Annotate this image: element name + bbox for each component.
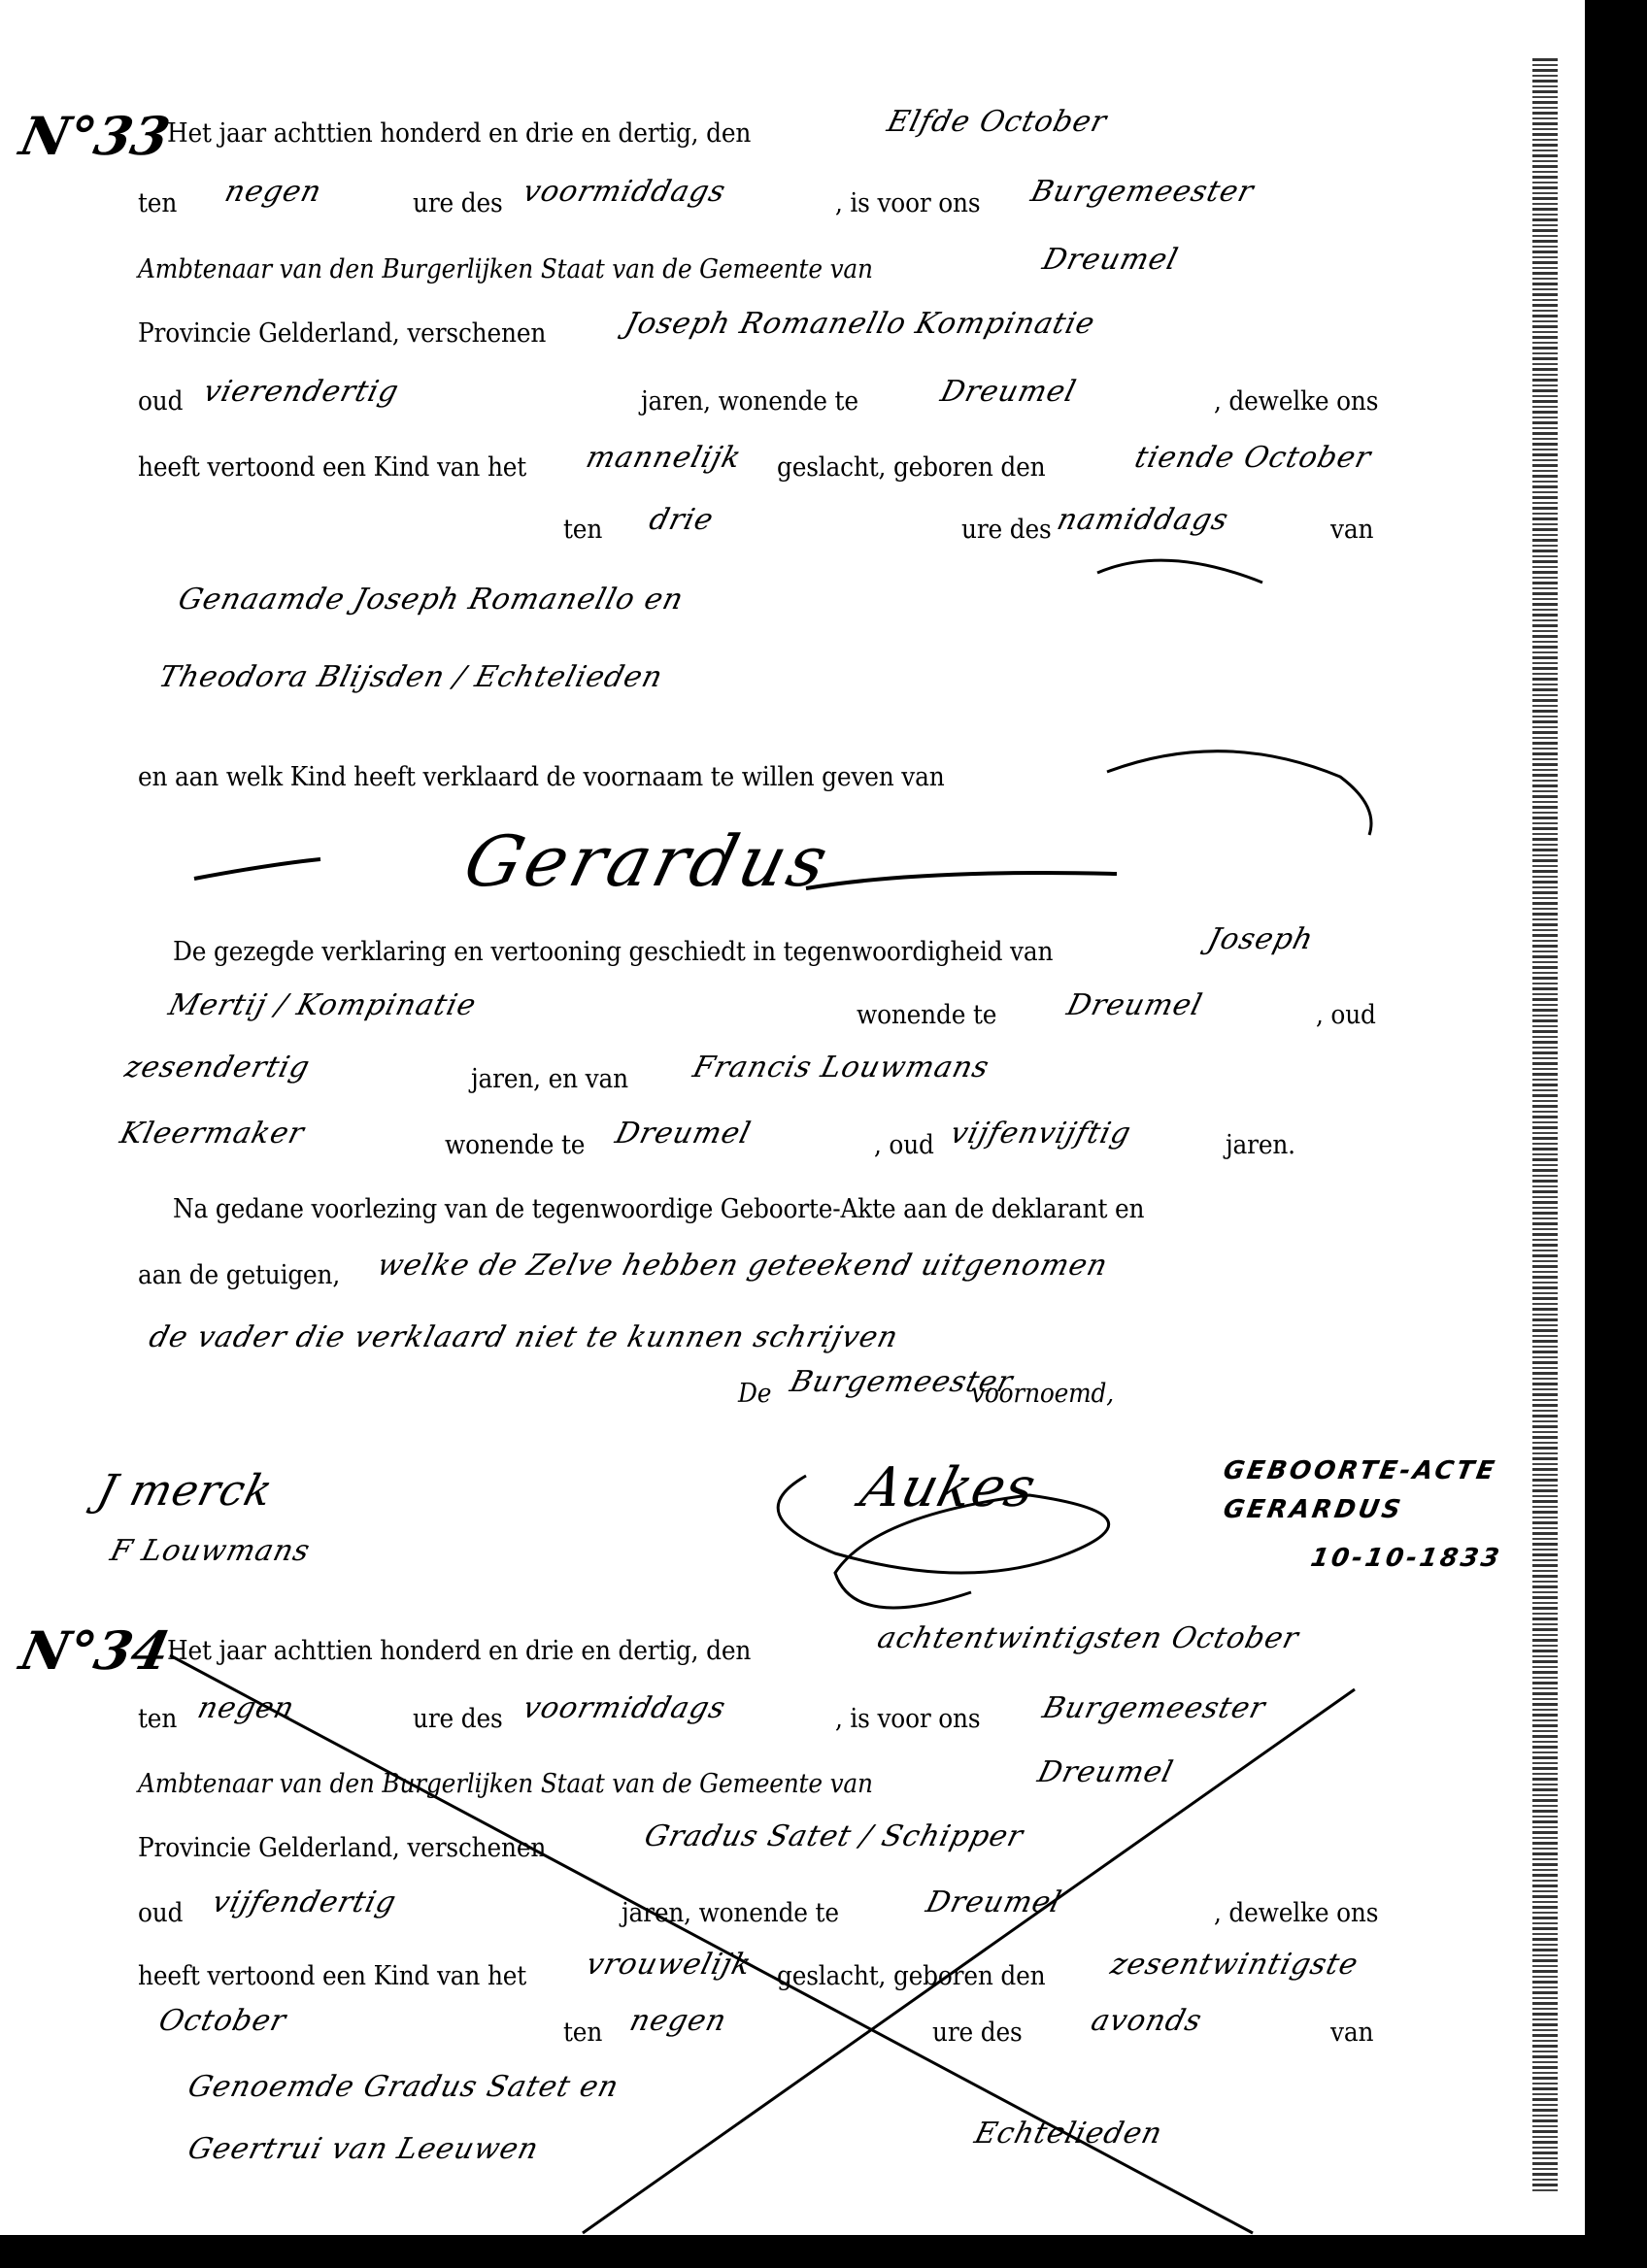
scan-border-right xyxy=(1585,0,1647,2268)
binding-edge xyxy=(1515,58,1575,2194)
register-page: N°33 Het jaar achttien honderd en drie e… xyxy=(0,0,1647,2268)
scan-border-bottom xyxy=(0,2235,1647,2268)
pen-strokes xyxy=(0,0,1647,2268)
